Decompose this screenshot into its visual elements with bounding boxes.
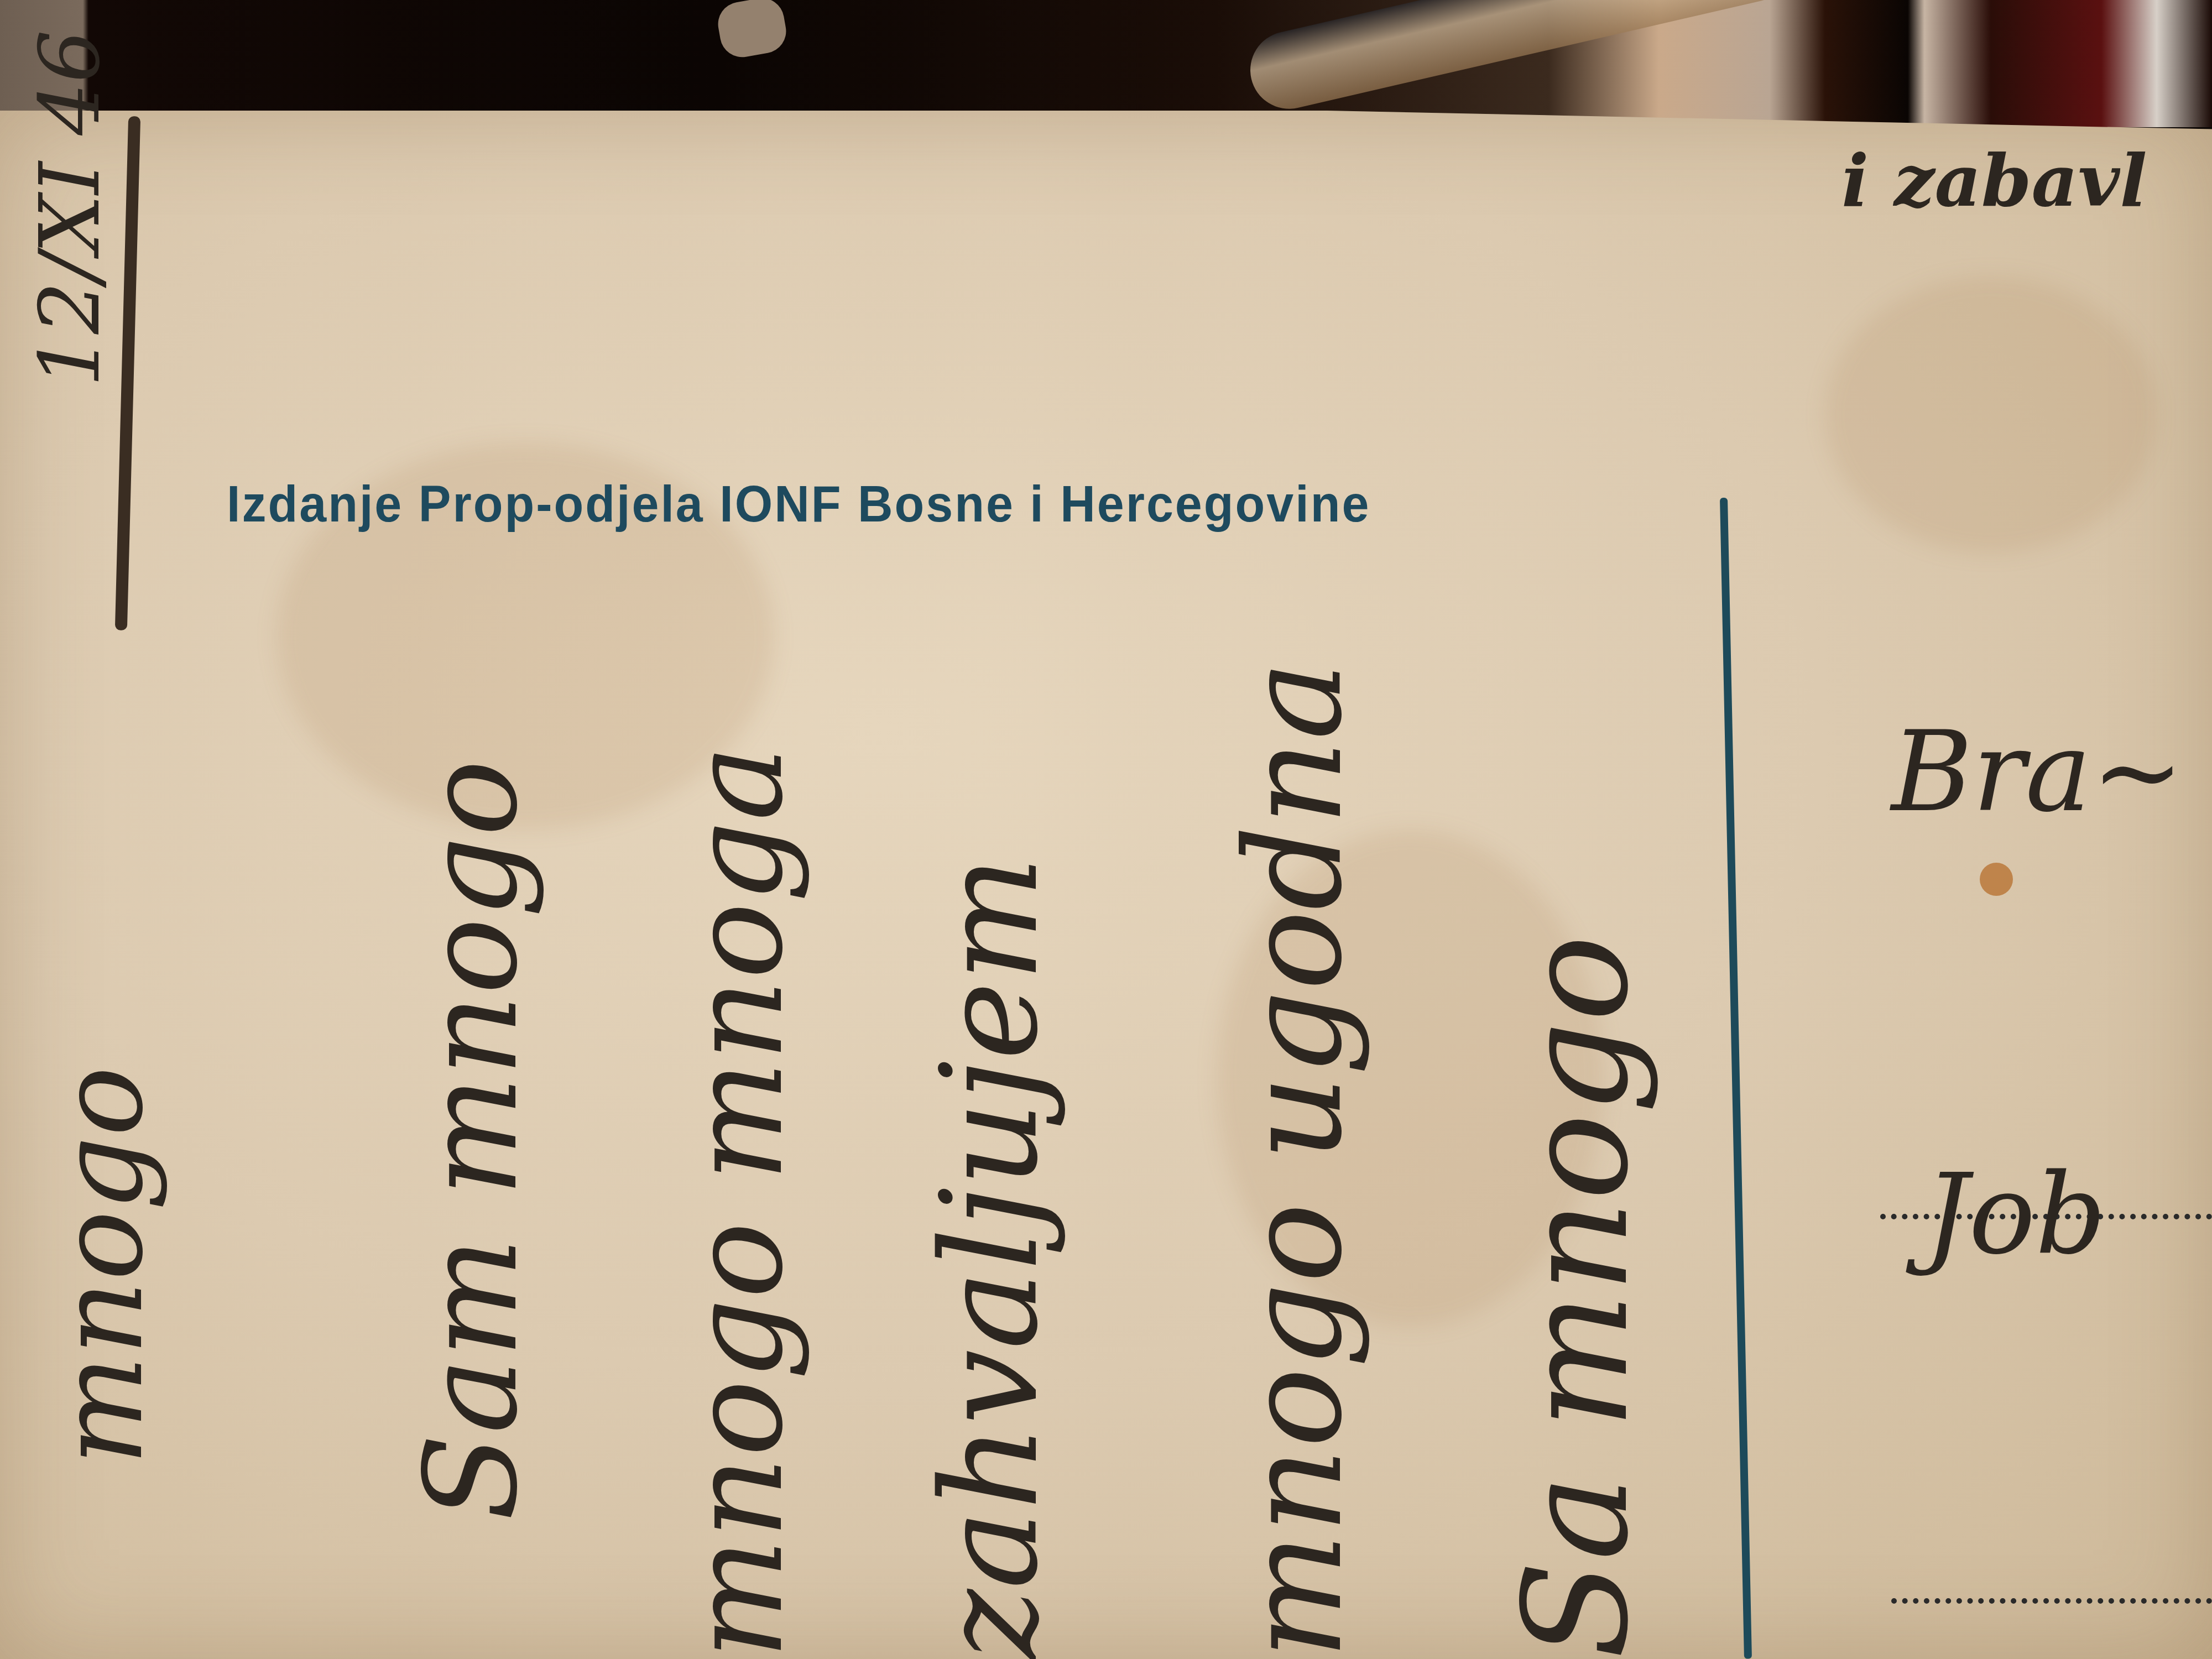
handwritten-top-right: i zabavl <box>1841 138 2147 223</box>
handwritten-line: mnogo ugodna <box>1217 661 1371 1659</box>
postcard <box>0 111 2212 1659</box>
address-line-2 <box>1891 1598 2212 1604</box>
publisher-caption: Izdanje Prop-odjela IONF Bosne i Hercego… <box>227 474 1370 533</box>
handwritten-line: Sa mnogo <box>1493 935 1660 1659</box>
handwritten-date: 12/XI 46 <box>22 30 118 387</box>
handwritten-line: mnogo <box>33 1066 169 1465</box>
handwritten-address: Bra~ <box>1891 708 2184 837</box>
handwritten-address: Job <box>1924 1150 2106 1279</box>
handwritten-line: zahvaljujem <box>912 855 1067 1659</box>
rust-spot <box>1980 863 2013 896</box>
handwritten-line: Sam mnogo <box>398 760 546 1521</box>
paper-stain <box>1825 276 2157 553</box>
handwritten-line: mnogo mnoga <box>664 745 811 1659</box>
background-scene <box>0 0 2212 127</box>
